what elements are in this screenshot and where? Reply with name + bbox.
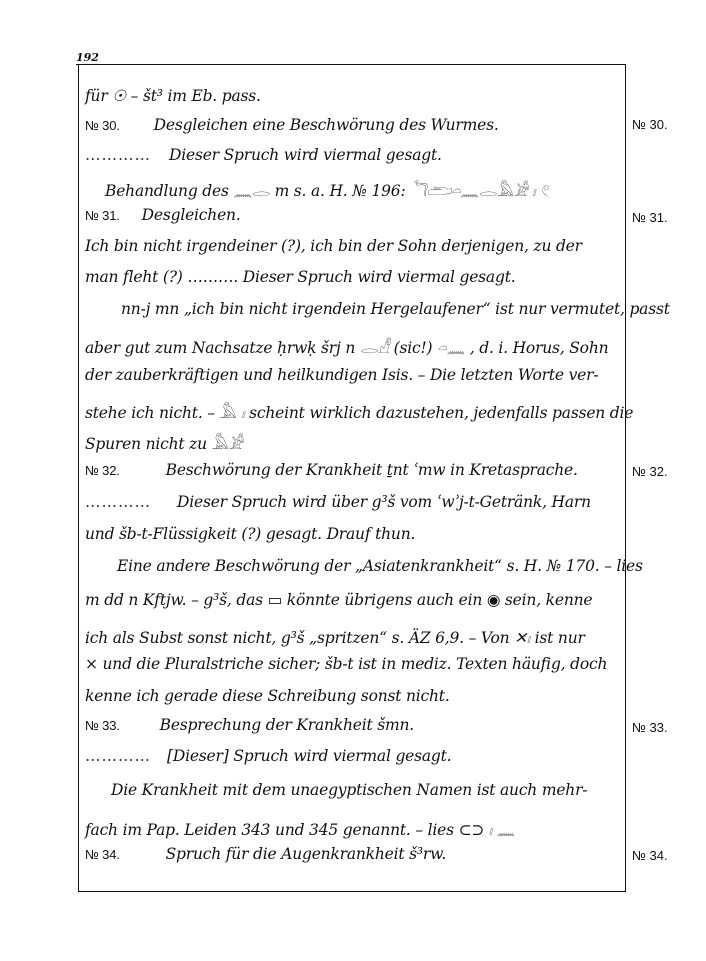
line-19: × und die Pluralstriche sicher; šb-t ist…: [85, 655, 607, 673]
entry-number: № 30.: [85, 118, 120, 133]
line-22: …………[Dieser] Spruch wird viermal gesagt.: [85, 747, 451, 765]
entry-31-heading: № 31.Desgleichen.: [85, 206, 241, 224]
margin-note-34: № 34.: [632, 848, 668, 863]
margin-note-30: № 30.: [632, 117, 668, 132]
line-23: Die Krankheit mit dem unaegyptischen Nam…: [111, 781, 587, 799]
line-14: …………Dieser Spruch wird über g³š vom ʿwʾj…: [85, 493, 591, 511]
text-frame: für ☉ – št³ im Eb. pass. № 30.Desgleiche…: [78, 64, 626, 892]
line-24: fach im Pap. Leiden 343 und 345 genannt.…: [85, 815, 515, 841]
line-6: Ich bin nicht irgendeiner (?), ich bin d…: [85, 237, 582, 255]
entry-30-heading: № 30.Desgleichen eine Beschwörung des Wu…: [85, 116, 499, 134]
entry-33-heading: № 33.Besprechung der Krankheit šmn.: [85, 716, 414, 734]
margin-note-33: № 33.: [632, 720, 668, 735]
line-18: ich als Subst sonst nicht, g³š „spritzen…: [85, 623, 585, 649]
line-3: …………Dieser Spruch wird viermal gesagt.: [85, 146, 442, 164]
margin-note-32: № 32.: [632, 464, 668, 479]
line-17: m dd n Kftjw. – g³š, das ▭ könnte übrige…: [85, 591, 592, 609]
line-20: kenne ich gerade diese Schreibung sonst …: [85, 687, 450, 705]
line-16: Eine andere Beschwörung der „Asiatenkran…: [117, 557, 643, 575]
entry-32-heading: № 32.Beschwörung der Krankheit ṯnt ʿmw i…: [85, 461, 578, 479]
entry-34-heading: № 34.Spruch für die Augenkrankheit š³rw.: [85, 845, 446, 863]
line-11: stehe ich nicht. – 𓅓 𓏤 scheint wirklich …: [85, 398, 633, 424]
line-1: für ☉ – št³ im Eb. pass.: [85, 87, 261, 105]
line-7: man fleht (?) ………. Dieser Spruch wird vi…: [85, 268, 515, 286]
line-9: aber gut zum Nachsatze ḥrwḳ šrj n 𓂋𓀭 (si…: [85, 333, 608, 359]
line-4: Behandlung des 𓈖𓂋 m s. a. H. № 196: 𓆓𓂧𓏏𓈖…: [105, 176, 548, 202]
margin-note-31: № 31.: [632, 210, 668, 225]
line-10: der zauberkräftigen und heilkundigen Isi…: [85, 366, 598, 384]
line-12: Spuren nicht zu 𓅓𓀀: [85, 429, 242, 455]
line-8: nn-j mn „ich bin nicht irgendein Hergela…: [121, 300, 670, 318]
line-15: und šb-t-Flüssigkeit (?) gesagt. Drauf t…: [85, 525, 415, 543]
